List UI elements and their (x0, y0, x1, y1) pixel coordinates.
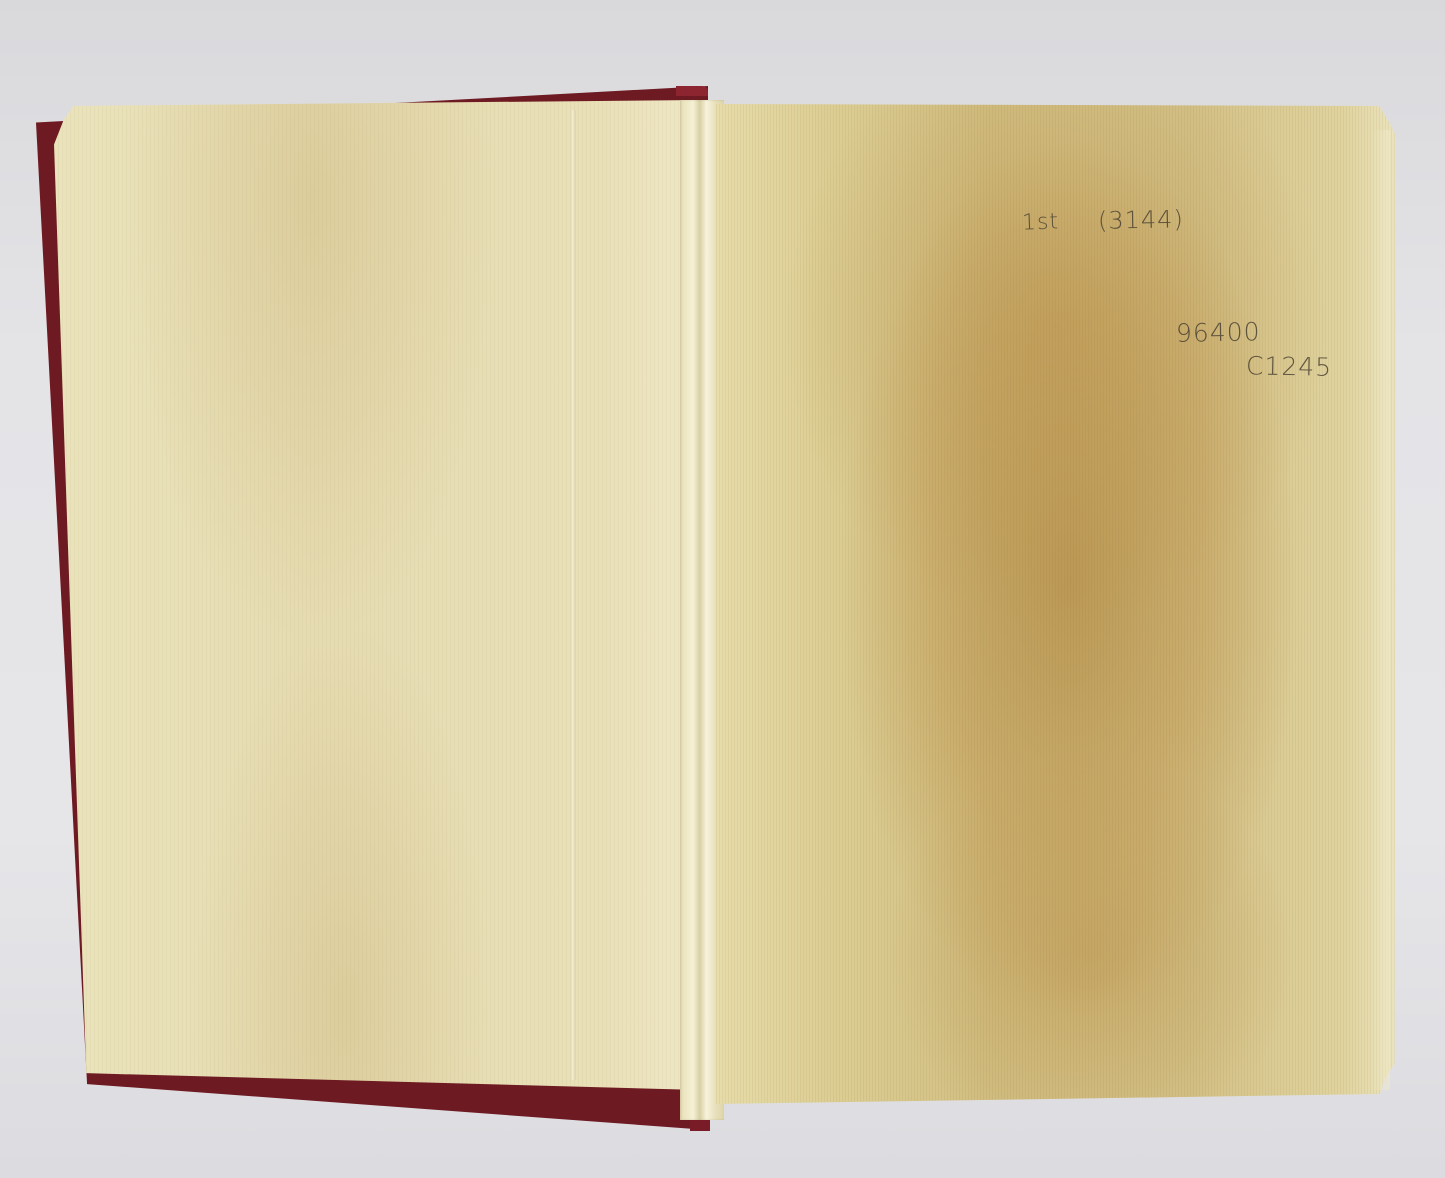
pencil-note-reference: C1245 (1246, 351, 1333, 381)
endpaper-fold-line (572, 110, 576, 1080)
pencil-note-edition: 1st (1022, 209, 1060, 235)
pencil-note-code: (3144) (1098, 205, 1184, 234)
front-pastedown-endpaper (54, 100, 700, 1090)
page-edge-highlight (1370, 130, 1390, 1090)
pencil-note-number: 96400 (1176, 317, 1261, 347)
free-endpaper-stained (716, 104, 1396, 1104)
spine-top-headcap (676, 86, 708, 96)
photo-scene: 1st (3144) 96400 C1245 (0, 0, 1445, 1178)
